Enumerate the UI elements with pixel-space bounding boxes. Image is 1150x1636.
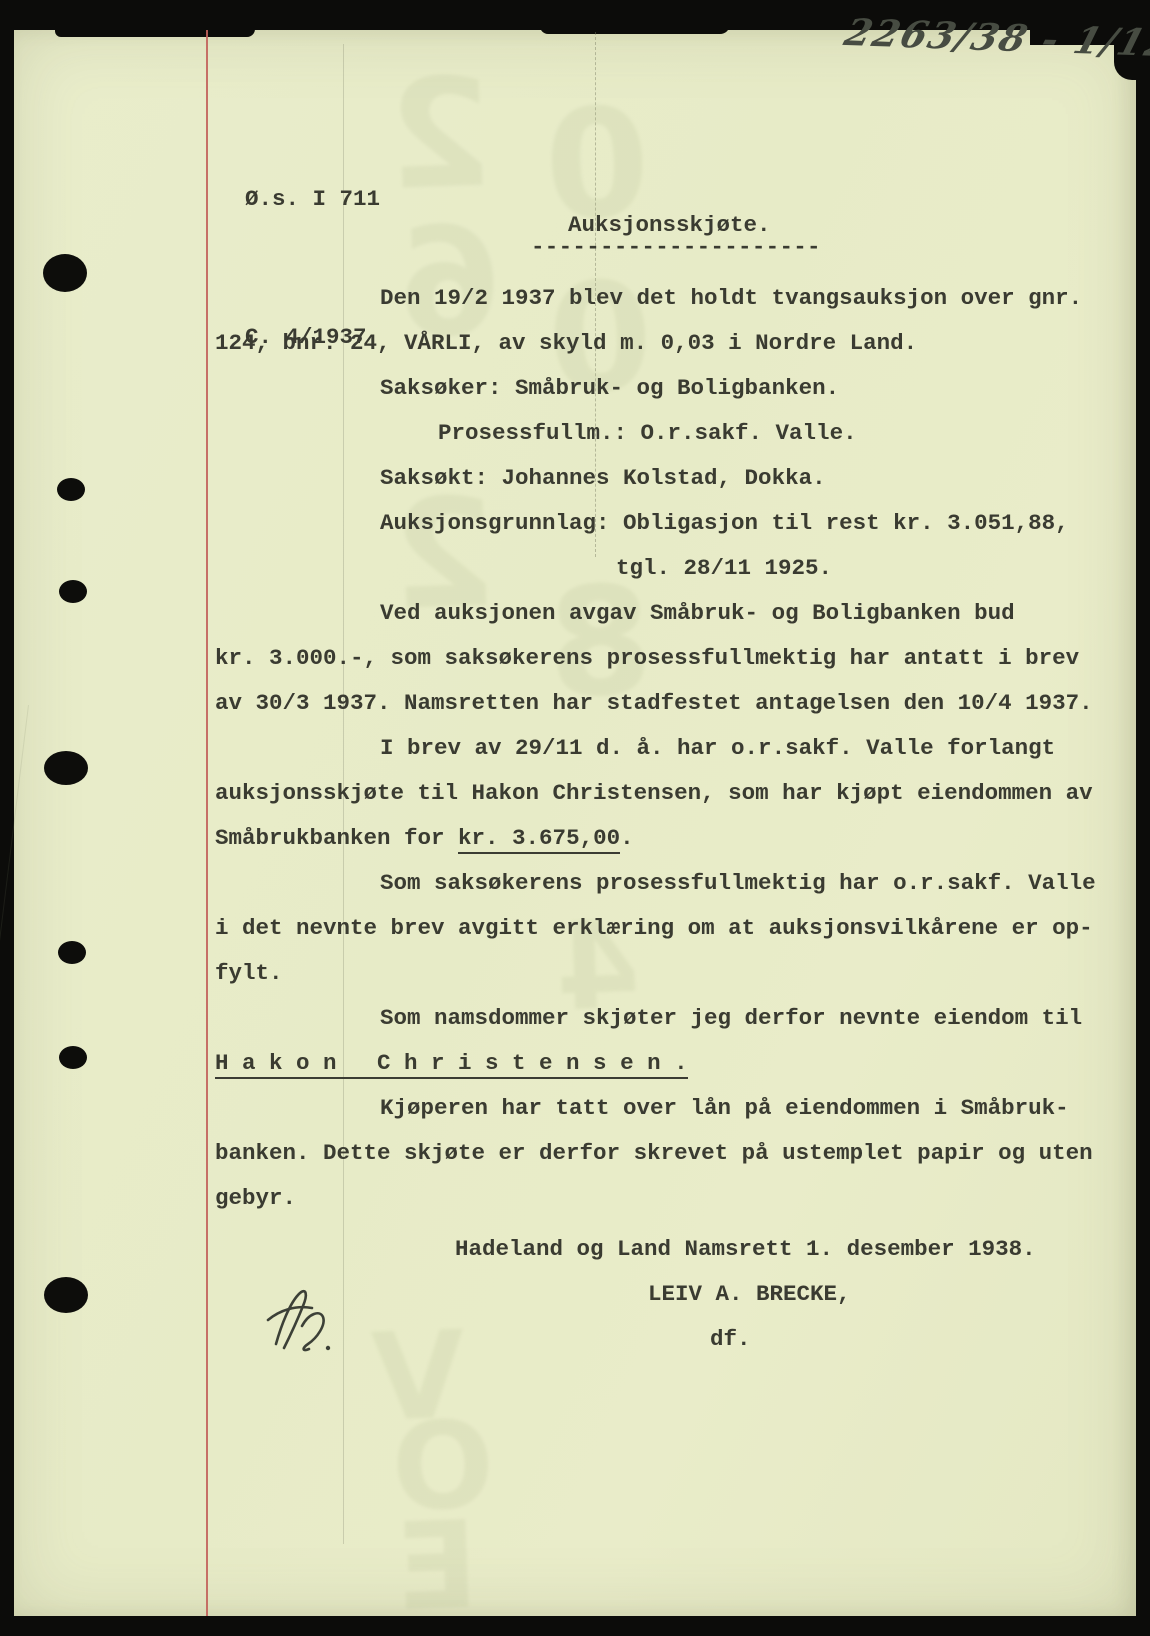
- punch-hole: [58, 941, 86, 964]
- text-run: Som saksøkerens prosessfullmektig har o.…: [380, 870, 1096, 896]
- punch-hole: [59, 1046, 87, 1069]
- typewritten-line: Kjøperen har tatt over lån på eiendommen…: [380, 1086, 1145, 1131]
- text-run: Auksjonsgrunnlag: Obligasjon til rest kr…: [380, 510, 1069, 536]
- red-margin-rule: [206, 30, 208, 1616]
- typewritten-line: Den 19/2 1937 blev det holdt tvangsauksj…: [380, 276, 1145, 321]
- document-body: Den 19/2 1937 blev det holdt tvangsauksj…: [215, 276, 1145, 1362]
- text-run: Kjøperen har tatt over lån på eiendommen…: [380, 1095, 1069, 1121]
- typewritten-line: Saksøkt: Johannes Kolstad, Dokka.: [380, 456, 1145, 501]
- text-run: 124, bnr. 24, VÅRLI, av skyld m. 0,03 i …: [215, 330, 917, 356]
- underlined-text: H a k o n C h r i s t e n s e n .: [215, 1050, 688, 1079]
- text-run: gebyr.: [215, 1185, 296, 1211]
- text-run: i det nevnte brev avgitt erklæring om at…: [215, 915, 1093, 941]
- typewritten-line: tgl. 28/11 1925.: [616, 546, 1145, 591]
- scan-edge-bottom: [0, 1616, 1150, 1636]
- scan-edge-bump: [55, 0, 255, 37]
- text-run: LEIV A. BRECKE,: [648, 1281, 851, 1307]
- scanned-document-page: 2060284VOE 2263/38 - 1/12. Ø.s. I 711 C.…: [0, 0, 1150, 1636]
- typewritten-line: Hadeland og Land Namsrett 1. desember 19…: [455, 1227, 1145, 1272]
- text-run: Hadeland og Land Namsrett 1. desember 19…: [455, 1236, 1036, 1262]
- scan-edge-left: [0, 0, 14, 1636]
- typewritten-line: Som saksøkerens prosessfullmektig har o.…: [380, 861, 1145, 906]
- underlined-text: kr. 3.675,00: [458, 825, 620, 854]
- archive-ref-line-1: Ø.s. I 711: [245, 176, 380, 222]
- typewritten-line: LEIV A. BRECKE,: [648, 1272, 1145, 1317]
- typewritten-line: kr. 3.000.-, som saksøkerens prosessfull…: [215, 636, 1145, 681]
- text-run: kr. 3.000.-, som saksøkerens prosessfull…: [215, 645, 1079, 671]
- text-run: df.: [710, 1326, 751, 1352]
- typewritten-line: Som namsdommer skjøter jeg derfor nevnte…: [380, 996, 1145, 1041]
- typewritten-line: I brev av 29/11 d. å. har o.r.sakf. Vall…: [380, 726, 1145, 771]
- typewritten-line: auksjonsskjøte til Hakon Christensen, so…: [215, 771, 1145, 816]
- typewritten-line: banken. Dette skjøte er derfor skrevet p…: [215, 1131, 1145, 1176]
- typewritten-line: av 30/3 1937. Namsretten har stadfestet …: [215, 681, 1145, 726]
- punch-hole: [59, 580, 87, 603]
- title-underline-dashes: ---------------------: [531, 234, 821, 260]
- text-run: Prosessfullm.: O.r.sakf. Valle.: [438, 420, 857, 446]
- text-run: Saksøkt: Johannes Kolstad, Dokka.: [380, 465, 826, 491]
- punch-hole: [43, 254, 87, 292]
- punch-hole: [44, 751, 88, 785]
- text-run: banken. Dette skjøte er derfor skrevet p…: [215, 1140, 1093, 1166]
- text-run: Ved auksjonen avgav Småbruk- og Boligban…: [380, 600, 1015, 626]
- text-run: Som namsdommer skjøter jeg derfor nevnte…: [380, 1005, 1082, 1031]
- typewritten-line: fylt.: [215, 951, 1145, 996]
- text-run: auksjonsskjøte til Hakon Christensen, so…: [215, 780, 1093, 806]
- clerk-initials-signature: [262, 1286, 348, 1358]
- text-run: av 30/3 1937. Namsretten har stadfestet …: [215, 690, 1093, 716]
- typewritten-line: df.: [710, 1317, 1145, 1362]
- typewritten-line: Ved auksjonen avgav Småbruk- og Boligban…: [380, 591, 1145, 636]
- text-run: fylt.: [215, 960, 283, 986]
- typewritten-line: Saksøker: Småbruk- og Boligbanken.: [380, 366, 1145, 411]
- typewritten-line: i det nevnte brev avgitt erklæring om at…: [215, 906, 1145, 951]
- text-run: I brev av 29/11 d. å. har o.r.sakf. Vall…: [380, 735, 1055, 761]
- typewritten-line: Prosessfullm.: O.r.sakf. Valle.: [438, 411, 1145, 456]
- text-run: .: [620, 825, 634, 851]
- typewritten-line: H a k o n C h r i s t e n s e n .: [215, 1041, 1145, 1086]
- text-run: tgl. 28/11 1925.: [616, 555, 832, 581]
- punch-hole: [44, 1277, 88, 1313]
- text-run: Den 19/2 1937 blev det holdt tvangsauksj…: [380, 285, 1082, 311]
- typewritten-line: 124, bnr. 24, VÅRLI, av skyld m. 0,03 i …: [215, 321, 1145, 366]
- text-run: Småbrukbanken for: [215, 825, 458, 851]
- text-run: Saksøker: Småbruk- og Boligbanken.: [380, 375, 839, 401]
- typewritten-line: Auksjonsgrunnlag: Obligasjon til rest kr…: [380, 501, 1145, 546]
- typewritten-line: Småbrukbanken for kr. 3.675,00.: [215, 816, 1145, 861]
- scan-edge-bump: [540, 0, 730, 34]
- typewritten-line: gebyr.: [215, 1176, 1145, 1221]
- punch-hole: [57, 478, 85, 501]
